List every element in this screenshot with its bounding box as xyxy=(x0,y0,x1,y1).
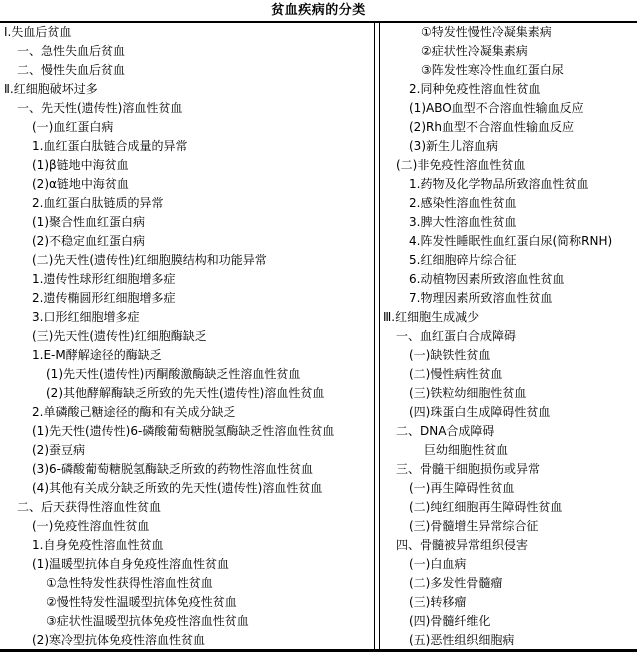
list-item: 二、后天获得性溶血性贫血 xyxy=(0,498,373,517)
list-item: 一、先天性(遗传性)溶血性贫血 xyxy=(0,99,373,118)
list-item: 2.同种免疫性溶血性贫血 xyxy=(381,80,637,99)
list-item: Ⅱ.红细胞破坏过多 xyxy=(0,80,373,99)
list-item: ②慢性特发性温暖型抗体免疫性贫血 xyxy=(0,593,373,612)
list-item: 6.动植物因素所致溶血性贫血 xyxy=(381,270,637,289)
list-item: 2.血红蛋白肽链质的异常 xyxy=(0,194,373,213)
column-divider xyxy=(374,23,375,649)
list-item: ③阵发性寒冷性血红蛋白尿 xyxy=(381,61,637,80)
list-item: Ⅲ.红细胞生成减少 xyxy=(381,308,637,327)
list-item: (1)先天性(遗传性)6-磷酸葡萄糖脱氢酶缺乏性溶血性贫血 xyxy=(0,422,373,441)
list-item: 3.脾大性溶血性贫血 xyxy=(381,213,637,232)
list-item: 二、慢性失血后贫血 xyxy=(0,61,373,80)
column-divider xyxy=(379,23,380,649)
list-item: (2)Rh血型不合溶血性输血反应 xyxy=(381,118,637,137)
list-item: (一)白血病 xyxy=(381,555,637,574)
list-item: (1)温暖型抗体自身免疫性溶血性贫血 xyxy=(0,555,373,574)
list-item: 2.单磷酸己糖途径的酶和有关成分缺乏 xyxy=(0,403,373,422)
list-item: 一、血红蛋白合成障碍 xyxy=(381,327,637,346)
list-item: 一、急性失血后贫血 xyxy=(0,42,373,61)
list-item: (2)不稳定血红蛋白病 xyxy=(0,232,373,251)
list-item: 5.红细胞碎片综合征 xyxy=(381,251,637,270)
list-item: (二)先天性(遗传性)红细胞膜结构和功能异常 xyxy=(0,251,373,270)
list-item: (3)新生儿溶血病 xyxy=(381,137,637,156)
list-item: 3.口形红细胞增多症 xyxy=(0,308,373,327)
list-item: 2.遗传椭圆形红细胞增多症 xyxy=(0,289,373,308)
list-item: 1.自身免疫性溶血性贫血 xyxy=(0,536,373,555)
list-item: 2.感染性溶血性贫血 xyxy=(381,194,637,213)
list-item: (一)免疫性溶血性贫血 xyxy=(0,517,373,536)
left-column: Ⅰ.失血后贫血 一、急性失血后贫血 二、慢性失血后贫血 Ⅱ.红细胞破坏过多 一、… xyxy=(0,23,373,650)
list-item: (2)α链地中海贫血 xyxy=(0,175,373,194)
list-item: (五)恶性组织细胞病 xyxy=(381,631,637,650)
list-item: (四)珠蛋白生成障碍性贫血 xyxy=(381,403,637,422)
list-item: (三)先天性(遗传性)红细胞酶缺乏 xyxy=(0,327,373,346)
list-item: (1)ABO血型不合溶血性输血反应 xyxy=(381,99,637,118)
list-item: (四)骨髓纤维化 xyxy=(381,612,637,631)
page-title: 贫血疾病的分类 xyxy=(0,2,637,20)
list-item: ①急性特发性获得性溶血性贫血 xyxy=(0,574,373,593)
list-item: ②症状性冷凝集素病 xyxy=(381,42,637,61)
list-item: 7.物理因素所致溶血性贫血 xyxy=(381,289,637,308)
list-item: (1)β链地中海贫血 xyxy=(0,156,373,175)
list-item: ①特发性慢性冷凝集素病 xyxy=(381,23,637,42)
list-item: 二、DNA合成障碍 xyxy=(381,422,637,441)
list-item: (4)其他有关成分缺乏所致的先天性(遗传性)溶血性贫血 xyxy=(0,479,373,498)
list-item: (3)6-磷酸葡萄糖脱氢酶缺乏所致的药物性溶血性贫血 xyxy=(0,460,373,479)
list-item: 4.阵发性睡眠性血红蛋白尿(简称RNH) xyxy=(381,232,637,251)
list-item: (一)血红蛋白病 xyxy=(0,118,373,137)
list-item: 1.E-M酵解途径的酶缺乏 xyxy=(0,346,373,365)
list-item: (二)慢性病性贫血 xyxy=(381,365,637,384)
list-item: (1)聚合性血红蛋白病 xyxy=(0,213,373,232)
list-item: (2)其他酵解酶缺乏所致的先天性(遗传性)溶血性贫血 xyxy=(0,384,373,403)
list-item: (二)多发性骨髓瘤 xyxy=(381,574,637,593)
list-item: 三、骨髓干细胞损伤或异常 xyxy=(381,460,637,479)
list-item: (二)非免疫性溶血性贫血 xyxy=(381,156,637,175)
list-item: (三)铁粒幼细胞性贫血 xyxy=(381,384,637,403)
list-item: Ⅰ.失血后贫血 xyxy=(0,23,373,42)
list-item: (二)纯红细胞再生障碍性贫血 xyxy=(381,498,637,517)
list-item: 巨幼细胞性贫血 xyxy=(381,441,637,460)
list-item: 1.药物及化学物品所致溶血性贫血 xyxy=(381,175,637,194)
list-item: (一)缺铁性贫血 xyxy=(381,346,637,365)
list-item: ③症状性温暖型抗体免疫性溶血性贫血 xyxy=(0,612,373,631)
list-item: (一)再生障碍性贫血 xyxy=(381,479,637,498)
list-item: (1)先天性(遗传性)丙酮酸激酶缺乏性溶血性贫血 xyxy=(0,365,373,384)
list-item: 1.血红蛋白肽链合成量的异常 xyxy=(0,137,373,156)
list-item: 四、骨髓被异常组织侵害 xyxy=(381,536,637,555)
list-item: (2)寒冷型抗体免疫性溶血性贫血 xyxy=(0,631,373,650)
list-item: (三)骨髓增生异常综合征 xyxy=(381,517,637,536)
list-item: (三)转移瘤 xyxy=(381,593,637,612)
list-item: (2)蚕豆病 xyxy=(0,441,373,460)
list-item: 1.遗传性球形红细胞增多症 xyxy=(0,270,373,289)
right-column: ①特发性慢性冷凝集素病 ②症状性冷凝集素病 ③阵发性寒冷性血红蛋白尿 2.同种免… xyxy=(381,23,637,650)
